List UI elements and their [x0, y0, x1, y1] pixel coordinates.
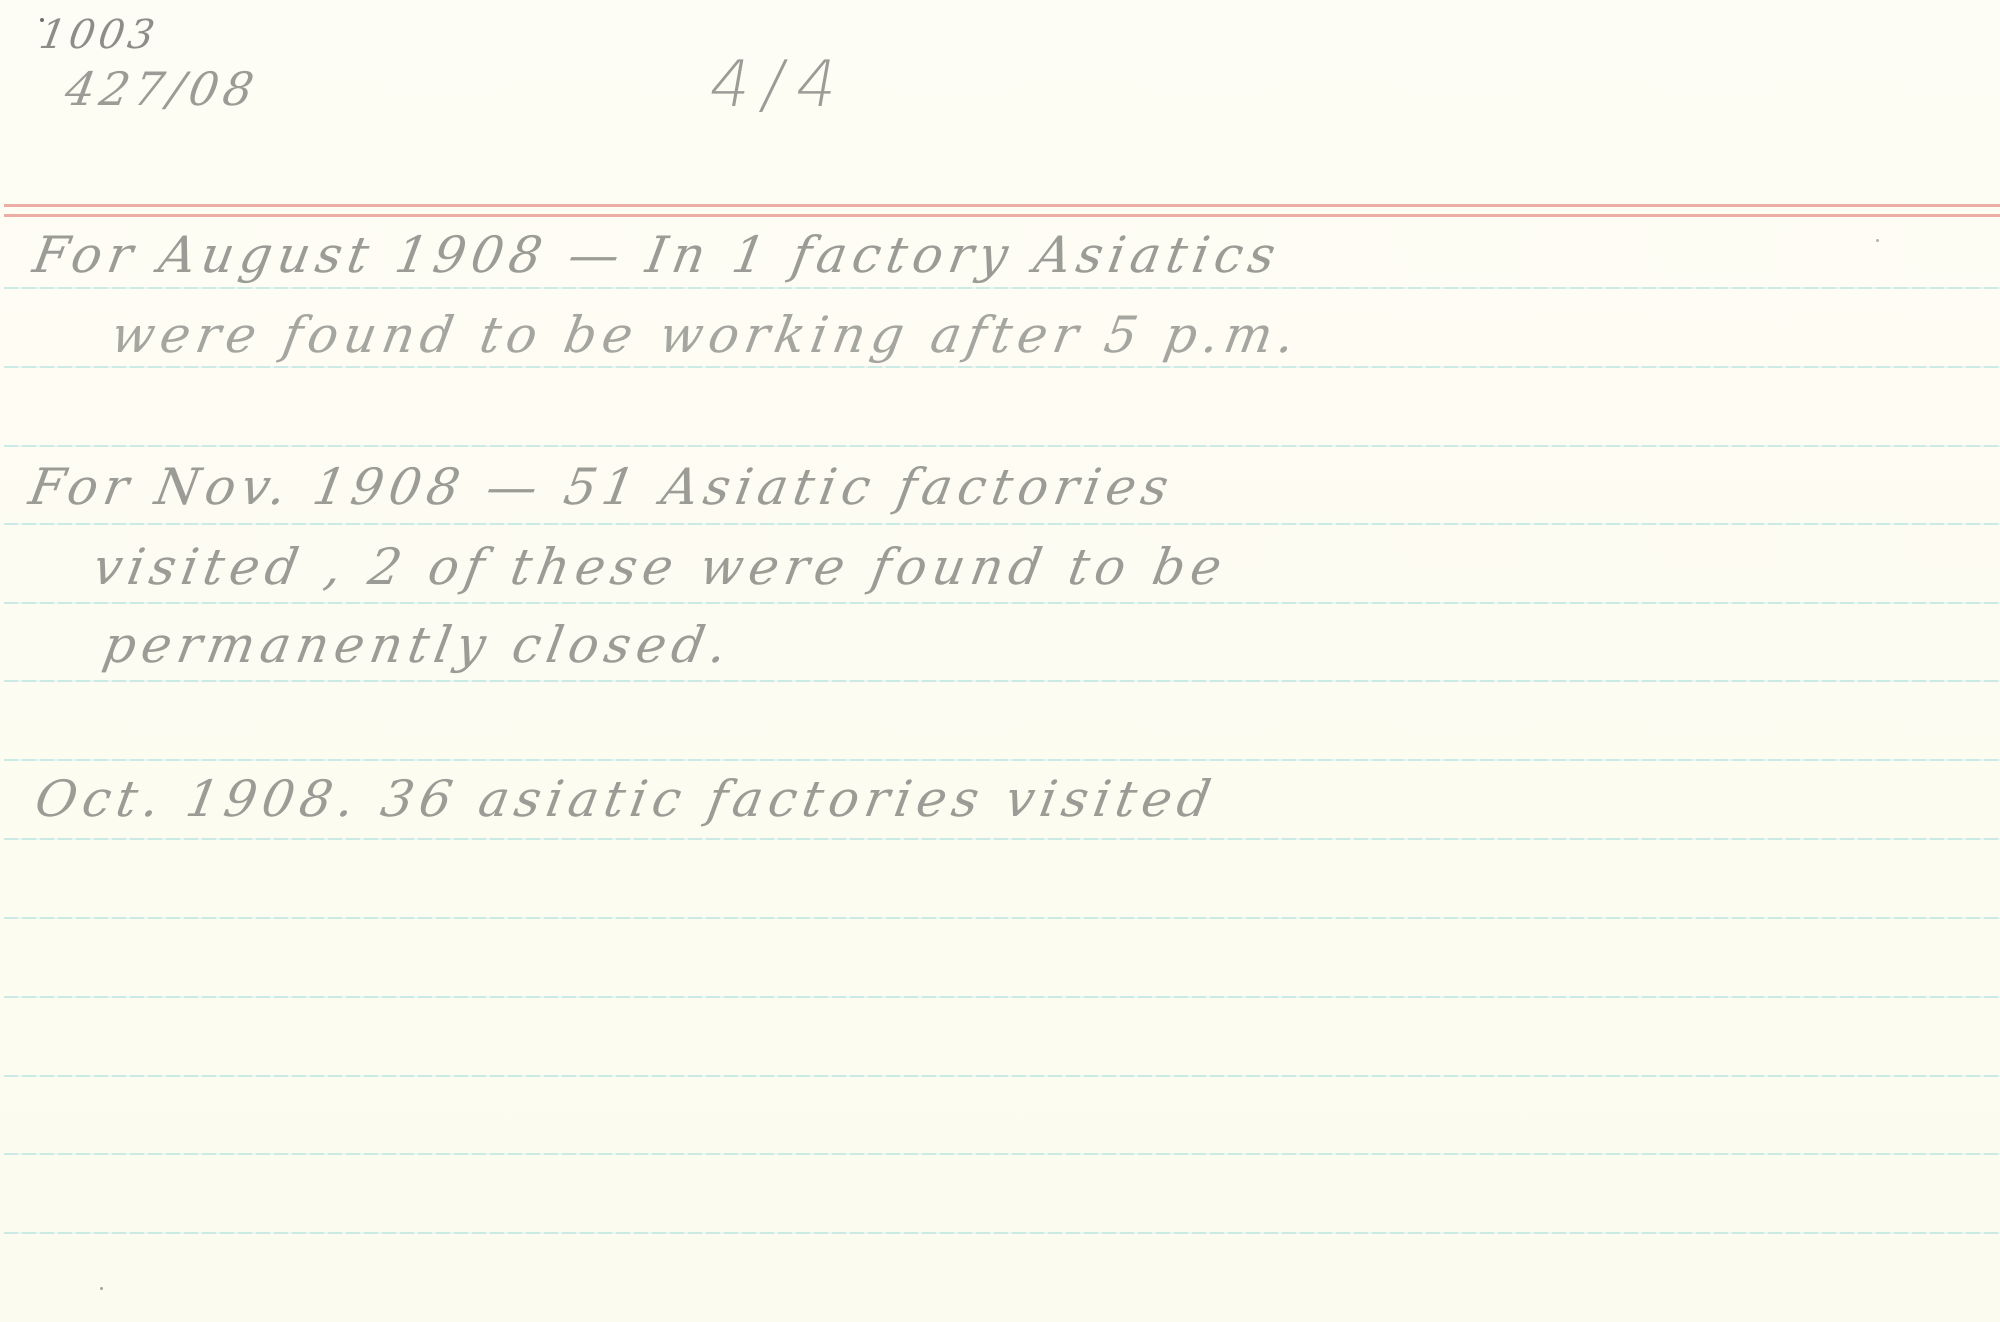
ruled-line	[4, 838, 2000, 840]
card-sequence: 4/4	[703, 48, 855, 122]
ruled-line	[4, 523, 2000, 525]
ruled-line	[4, 1153, 2000, 1155]
ruled-line	[4, 996, 2000, 998]
ruled-line	[4, 1075, 2000, 1077]
ruled-line	[4, 680, 2000, 682]
entry-august-line-1: For August 1908 — In 1 factory Asiatics	[29, 226, 1286, 284]
index-card: 1003 427/08 4/4 For August 1908 — In 1 f…	[0, 0, 2000, 1322]
ruled-line	[4, 602, 2000, 604]
catalog-number: 1003	[36, 12, 162, 58]
ruled-line	[4, 445, 2000, 447]
ruled-line	[4, 366, 2000, 368]
ruled-line	[4, 759, 2000, 761]
entry-august-line-2: were found to be working after 5 p.m.	[107, 306, 1305, 364]
file-reference: 427/08	[61, 62, 262, 116]
entry-november-line-3: permanently closed.	[99, 616, 737, 674]
ruled-line	[4, 917, 2000, 919]
entry-november-line-2: visited , 2 of these were found to be	[89, 538, 1232, 596]
header-rule-bottom	[4, 214, 2000, 217]
header-rule-top	[4, 204, 2000, 207]
paper-speck	[1876, 239, 1879, 242]
paper-speck	[100, 1287, 103, 1290]
ruled-line	[4, 1232, 2000, 1234]
entry-november-line-1: For Nov. 1908 — 51 Asiatic factories	[25, 458, 1179, 516]
ruled-line	[4, 287, 2000, 289]
entry-october-line-1: Oct. 1908. 36 asiatic factories visited	[31, 770, 1221, 828]
ink-dot	[40, 18, 44, 22]
